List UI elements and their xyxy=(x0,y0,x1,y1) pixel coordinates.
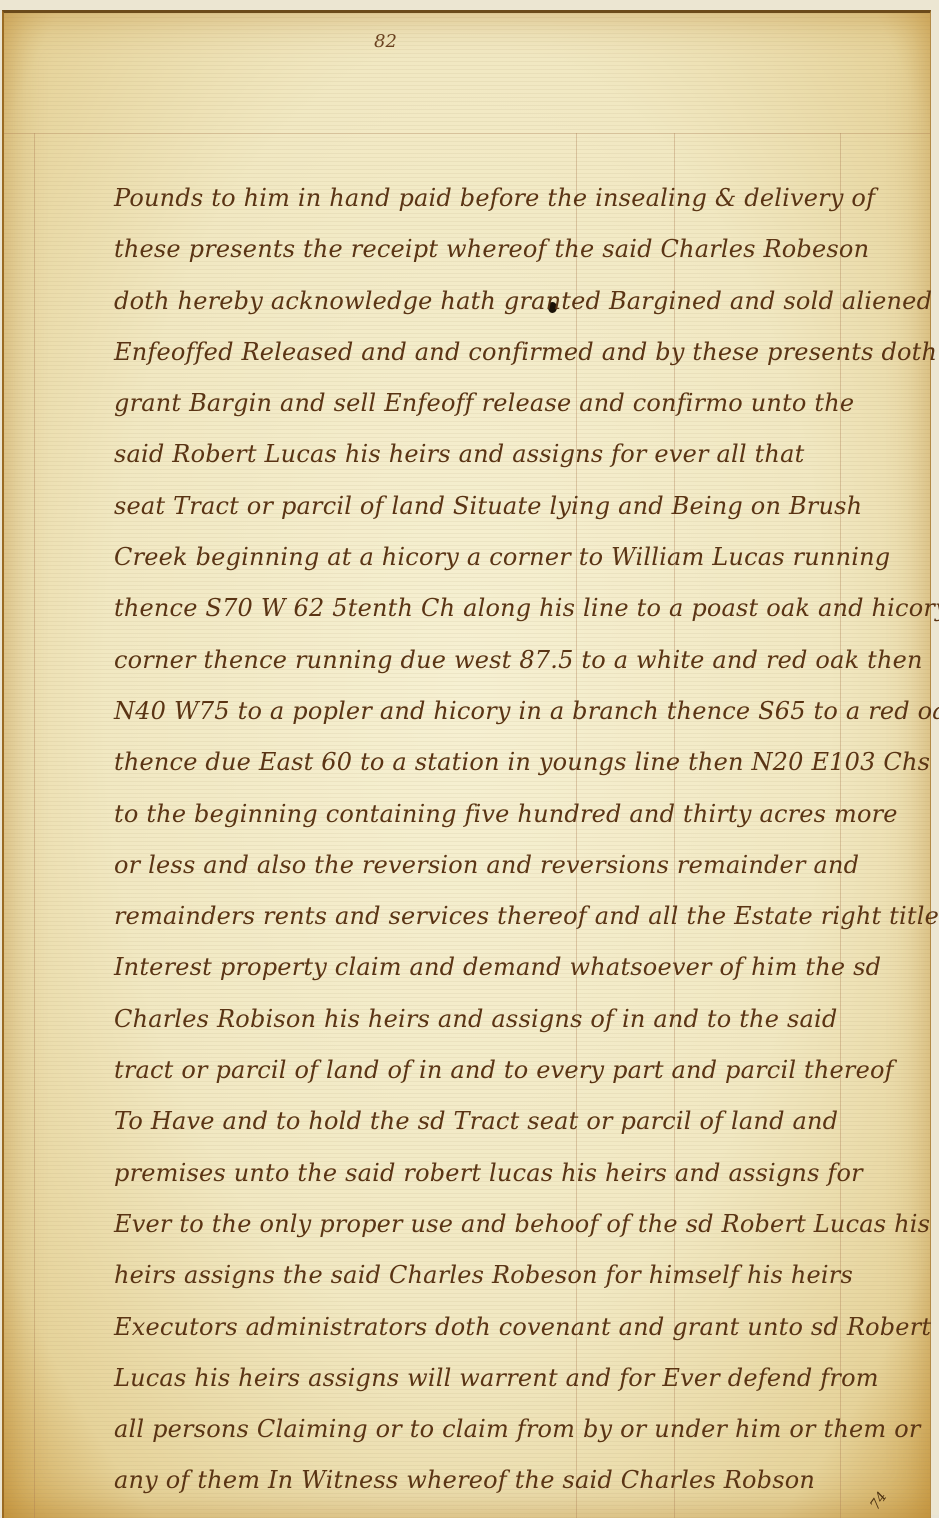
ruled-margin-line xyxy=(34,133,35,1515)
ledger-page: 82 Pounds to him in hand paid before the… xyxy=(2,10,931,1515)
text-line: any of them In Witness whereof the said … xyxy=(114,1455,914,1506)
text-line: Creek beginning at a hicory a corner to … xyxy=(114,532,914,583)
text-line: Pounds to him in hand paid before the in… xyxy=(114,173,914,224)
text-line: to the beginning containing five hundred… xyxy=(114,789,914,840)
text-line: Charles Robison his heirs and assigns of… xyxy=(114,994,914,1045)
deed-text: Pounds to him in hand paid before the in… xyxy=(114,173,914,1507)
text-line: Enfeoffed Released and and confirmed and… xyxy=(114,327,914,378)
text-line: seat Tract or parcil of land Situate lyi… xyxy=(114,481,914,532)
text-line: said Robert Lucas his heirs and assigns … xyxy=(114,429,914,480)
text-line: N40 W75 to a popler and hicory in a bran… xyxy=(114,686,914,737)
ruled-header-line xyxy=(4,133,930,134)
text-line: corner thence running due west 87.5 to a… xyxy=(114,635,914,686)
text-line: heirs assigns the said Charles Robeson f… xyxy=(114,1250,914,1301)
text-line: Executors administrators doth covenant a… xyxy=(114,1302,914,1353)
text-line: grant Bargin and sell Enfeoff release an… xyxy=(114,378,914,429)
text-line: Ever to the only proper use and behoof o… xyxy=(114,1199,914,1250)
text-line: To Have and to hold the sd Tract seat or… xyxy=(114,1096,914,1147)
text-line: these presents the receipt whereof the s… xyxy=(114,224,914,275)
text-line: doth hereby acknowledge hath granted Bar… xyxy=(114,276,914,327)
text-line: or less and also the reversion and rever… xyxy=(114,840,914,891)
text-line: Lucas his heirs assigns will warrent and… xyxy=(114,1353,914,1404)
scanned-document: 82 Pounds to him in hand paid before the… xyxy=(0,0,939,1515)
text-line: tract or parcil of land of in and to eve… xyxy=(114,1045,914,1096)
text-line: premises unto the said robert lucas his … xyxy=(114,1148,914,1199)
text-line: all persons Claiming or to claim from by… xyxy=(114,1404,914,1455)
text-line: thence due East 60 to a station in young… xyxy=(114,737,914,788)
text-line: remainders rents and services thereof an… xyxy=(114,891,914,942)
page-number: 82 xyxy=(374,31,397,52)
text-line: thence S70 W 62 5tenth Ch along his line… xyxy=(114,583,914,634)
text-line: Interest property claim and demand whats… xyxy=(114,942,914,993)
